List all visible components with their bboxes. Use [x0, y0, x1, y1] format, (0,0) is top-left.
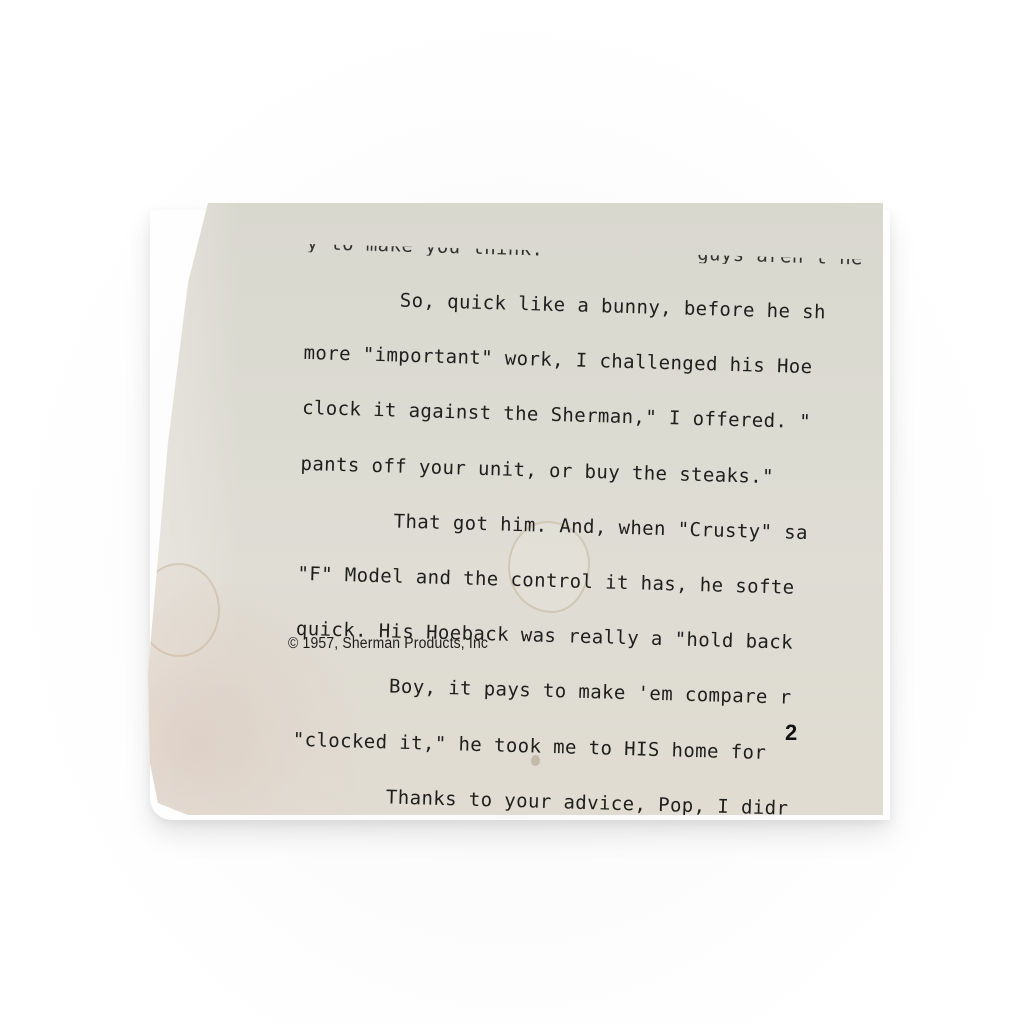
- typed-line: more "important" work, I challenged his …: [303, 344, 883, 382]
- typed-line: So, quick like a bunny, before he sh: [305, 289, 883, 327]
- page-number: 2: [785, 720, 797, 746]
- typed-line: clock it against the Sherman," I offered…: [302, 399, 883, 437]
- typed-line-partial: y to make you think. guys aren't ne: [306, 234, 883, 272]
- document-page: y to make you think. guys aren't ne So, …: [148, 203, 883, 815]
- copyright-notice: © 1957, Sherman Products, Inc: [288, 635, 488, 653]
- typed-line: "F" Model and the control it has, he sof…: [297, 565, 883, 603]
- typed-line: Thanks to your advice, Pop, I didr: [291, 786, 883, 815]
- typed-line: pants off your unit, or buy the steaks.": [300, 455, 883, 493]
- photo-backdrop: y to make you think. guys aren't ne So, …: [0, 0, 1024, 1024]
- typed-line: That got him. And, when "Crusty" sa: [299, 510, 883, 548]
- typed-line: Boy, it pays to make 'em compare r: [294, 675, 883, 713]
